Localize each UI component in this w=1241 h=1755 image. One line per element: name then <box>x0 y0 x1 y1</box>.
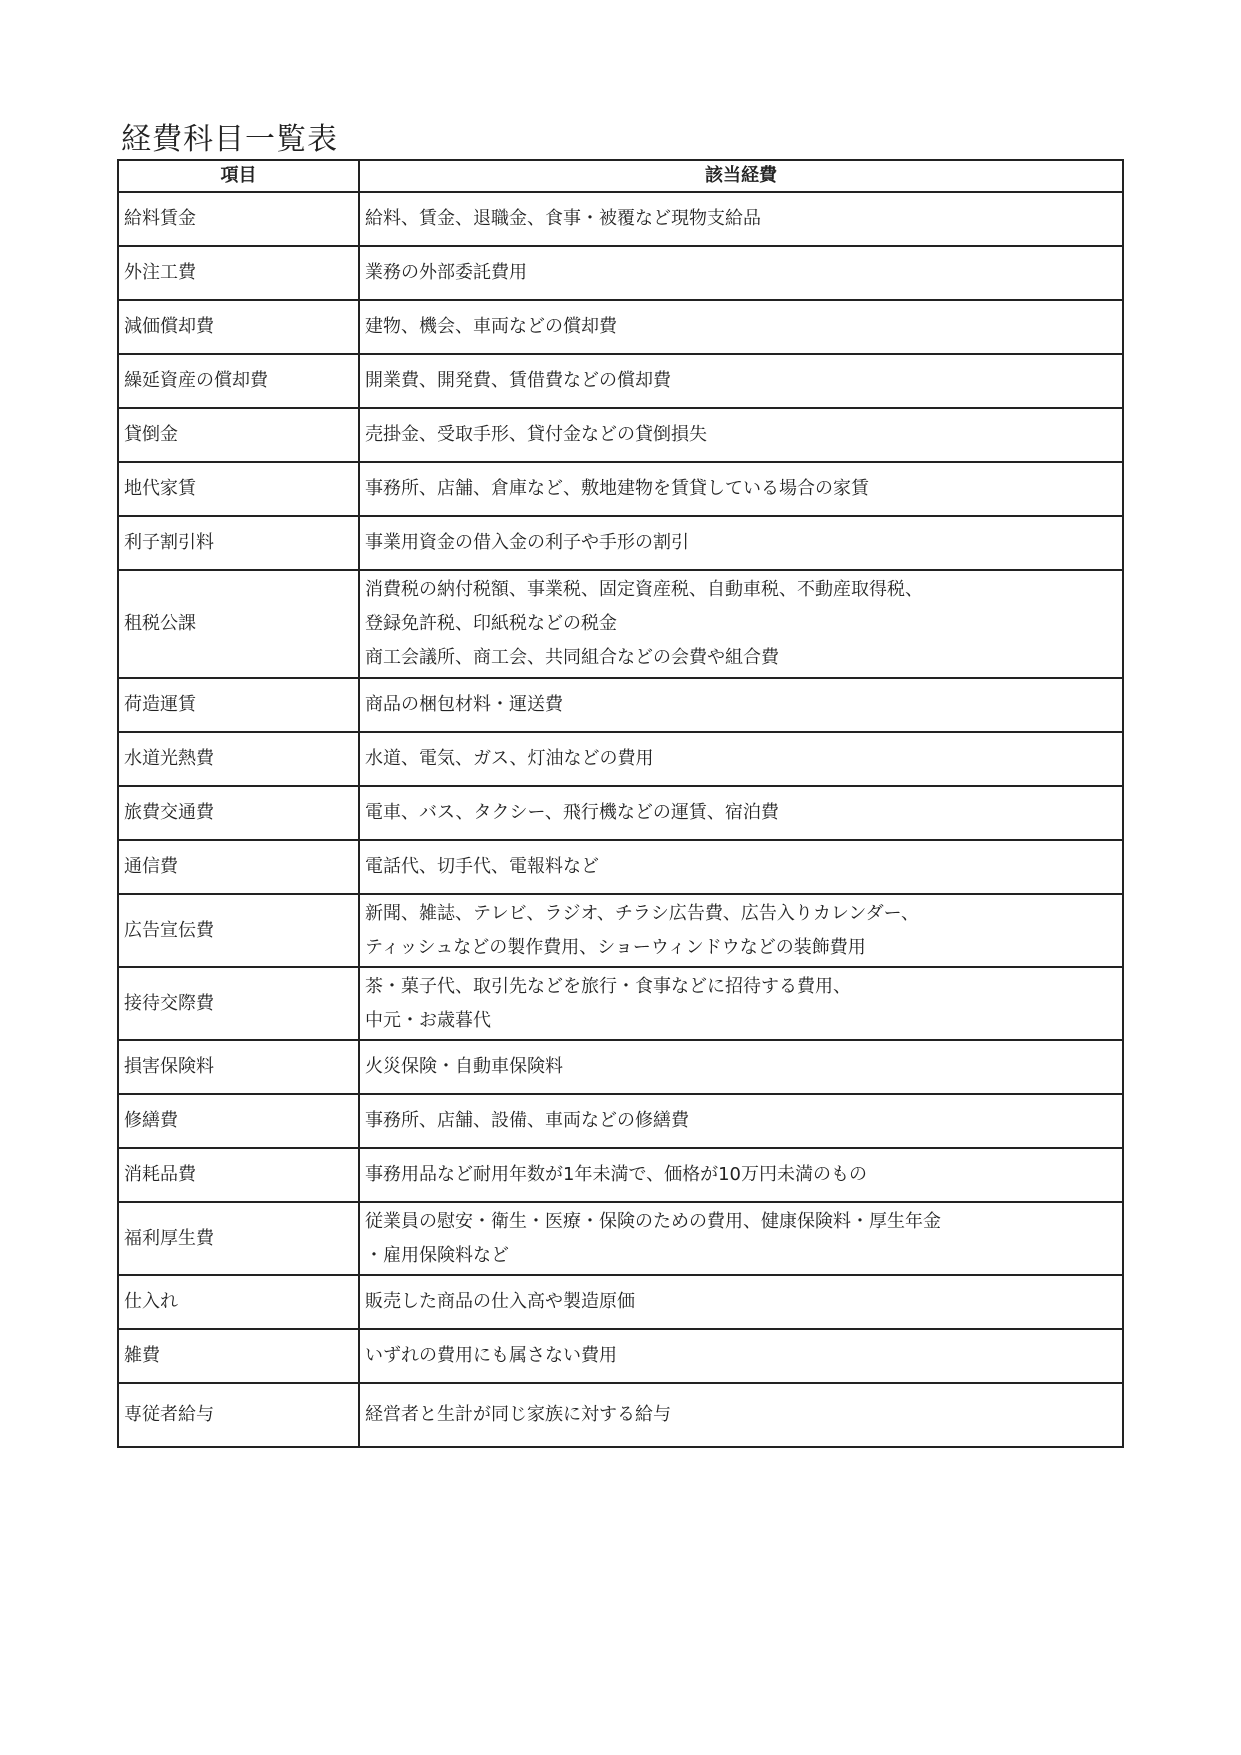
table-row: 損害保険料火災保険・自動車保険料 <box>118 1040 1123 1094</box>
description-line: 販売した商品の仕入高や製造原価 <box>365 1285 1117 1319</box>
table-header-row: 項目 該当経費 <box>118 160 1123 192</box>
table-row: 福利厚生費従業員の慰安・衛生・医療・保険のための費用、健康保険料・厚生年金・雇用… <box>118 1202 1123 1275</box>
description-line: 事務所、店舗、倉庫など、敷地建物を賃貸している場合の家賃 <box>365 472 1117 506</box>
description-line: ・雇用保険料など <box>365 1239 1117 1273</box>
expense-item-cell: 専従者給与 <box>118 1383 359 1447</box>
description-line: 新聞、雑誌、テレビ、ラジオ、チラシ広告費、広告入りカレンダー、 <box>365 897 1117 931</box>
description-line: 火災保険・自動車保険料 <box>365 1050 1117 1084</box>
table-row: 貸倒金売掛金、受取手形、貸付金などの貸倒損失 <box>118 408 1123 462</box>
expense-description-cell: 火災保険・自動車保険料 <box>359 1040 1123 1094</box>
table-body: 給料賃金給料、賃金、退職金、食事・被覆など現物支給品外注工費業務の外部委託費用減… <box>118 192 1123 1447</box>
expense-item-cell: 外注工費 <box>118 246 359 300</box>
description-line: 茶・菓子代、取引先などを旅行・食事などに招待する費用、 <box>365 970 1117 1004</box>
description-line: 商品の梱包材料・運送費 <box>365 688 1117 722</box>
expense-description-cell: いずれの費用にも属さない費用 <box>359 1329 1123 1383</box>
expense-description-cell: 業務の外部委託費用 <box>359 246 1123 300</box>
expense-item-cell: 広告宣伝費 <box>118 894 359 967</box>
description-line: 建物、機会、車両などの償却費 <box>365 310 1117 344</box>
expense-item-cell: 仕入れ <box>118 1275 359 1329</box>
expense-description-cell: 事務所、店舗、倉庫など、敷地建物を賃貸している場合の家賃 <box>359 462 1123 516</box>
description-line: 登録免許税、印紙税などの税金 <box>365 607 1117 641</box>
table-row: 消耗品費事務用品など耐用年数が1年未満で、価格が10万円未満のもの <box>118 1148 1123 1202</box>
description-line: 業務の外部委託費用 <box>365 256 1117 290</box>
expense-item-cell: 水道光熱費 <box>118 732 359 786</box>
description-line: ティッシュなどの製作費用、ショーウィンドウなどの装飾費用 <box>365 931 1117 965</box>
expense-description-cell: 売掛金、受取手形、貸付金などの貸倒損失 <box>359 408 1123 462</box>
expense-description-cell: 開業費、開発費、賃借費などの償却費 <box>359 354 1123 408</box>
expense-item-cell: 地代家賃 <box>118 462 359 516</box>
table-row: 通信費電話代、切手代、電報料など <box>118 840 1123 894</box>
expense-description-cell: 経営者と生計が同じ家族に対する給与 <box>359 1383 1123 1447</box>
expense-item-cell: 接待交際費 <box>118 967 359 1040</box>
description-line: 従業員の慰安・衛生・医療・保険のための費用、健康保険料・厚生年金 <box>365 1205 1117 1239</box>
expense-item-cell: 繰延資産の償却費 <box>118 354 359 408</box>
table-row: 外注工費業務の外部委託費用 <box>118 246 1123 300</box>
expense-item-cell: 損害保険料 <box>118 1040 359 1094</box>
expense-category-table: 項目 該当経費 給料賃金給料、賃金、退職金、食事・被覆など現物支給品外注工費業務… <box>117 159 1124 1448</box>
expense-item-cell: 修繕費 <box>118 1094 359 1148</box>
expense-description-cell: 茶・菓子代、取引先などを旅行・食事などに招待する費用、中元・お歳暮代 <box>359 967 1123 1040</box>
description-line: 給料、賃金、退職金、食事・被覆など現物支給品 <box>365 202 1117 236</box>
table-row: 地代家賃事務所、店舗、倉庫など、敷地建物を賃貸している場合の家賃 <box>118 462 1123 516</box>
table-row: 給料賃金給料、賃金、退職金、食事・被覆など現物支給品 <box>118 192 1123 246</box>
description-line: 水道、電気、ガス、灯油などの費用 <box>365 742 1117 776</box>
table-row: 広告宣伝費新聞、雑誌、テレビ、ラジオ、チラシ広告費、広告入りカレンダー、ティッシ… <box>118 894 1123 967</box>
expense-item-cell: 通信費 <box>118 840 359 894</box>
expense-description-cell: 販売した商品の仕入高や製造原価 <box>359 1275 1123 1329</box>
expense-item-cell: 消耗品費 <box>118 1148 359 1202</box>
description-line: 事務用品など耐用年数が1年未満で、価格が10万円未満のもの <box>365 1158 1117 1192</box>
column-header-item: 項目 <box>118 160 359 192</box>
expense-item-cell: 利子割引料 <box>118 516 359 570</box>
expense-description-cell: 電車、バス、タクシー、飛行機などの運賃、宿泊費 <box>359 786 1123 840</box>
expense-item-cell: 貸倒金 <box>118 408 359 462</box>
expense-item-cell: 福利厚生費 <box>118 1202 359 1275</box>
description-line: 開業費、開発費、賃借費などの償却費 <box>365 364 1117 398</box>
expense-item-cell: 給料賃金 <box>118 192 359 246</box>
expense-item-cell: 雑費 <box>118 1329 359 1383</box>
table-row: 租税公課消費税の納付税額、事業税、固定資産税、自動車税、不動産取得税、登録免許税… <box>118 570 1123 678</box>
description-line: 売掛金、受取手形、貸付金などの貸倒損失 <box>365 418 1117 452</box>
table-row: 繰延資産の償却費開業費、開発費、賃借費などの償却費 <box>118 354 1123 408</box>
table-row: 雑費いずれの費用にも属さない費用 <box>118 1329 1123 1383</box>
expense-description-cell: 電話代、切手代、電報料など <box>359 840 1123 894</box>
expense-description-cell: 事業用資金の借入金の利子や手形の割引 <box>359 516 1123 570</box>
expense-description-cell: 建物、機会、車両などの償却費 <box>359 300 1123 354</box>
expense-description-cell: 事務所、店舗、設備、車両などの修繕費 <box>359 1094 1123 1148</box>
table-row: 水道光熱費水道、電気、ガス、灯油などの費用 <box>118 732 1123 786</box>
description-line: いずれの費用にも属さない費用 <box>365 1339 1117 1373</box>
table-row: 専従者給与経営者と生計が同じ家族に対する給与 <box>118 1383 1123 1447</box>
expense-description-cell: 商品の梱包材料・運送費 <box>359 678 1123 732</box>
table-row: 接待交際費茶・菓子代、取引先などを旅行・食事などに招待する費用、中元・お歳暮代 <box>118 967 1123 1040</box>
table-row: 利子割引料事業用資金の借入金の利子や手形の割引 <box>118 516 1123 570</box>
column-header-expenses: 該当経費 <box>359 160 1123 192</box>
expense-item-cell: 減価償却費 <box>118 300 359 354</box>
expense-description-cell: 従業員の慰安・衛生・医療・保険のための費用、健康保険料・厚生年金・雇用保険料など <box>359 1202 1123 1275</box>
expense-description-cell: 水道、電気、ガス、灯油などの費用 <box>359 732 1123 786</box>
table-row: 減価償却費建物、機会、車両などの償却費 <box>118 300 1123 354</box>
expense-item-cell: 旅費交通費 <box>118 786 359 840</box>
table-row: 旅費交通費電車、バス、タクシー、飛行機などの運賃、宿泊費 <box>118 786 1123 840</box>
expense-description-cell: 新聞、雑誌、テレビ、ラジオ、チラシ広告費、広告入りカレンダー、ティッシュなどの製… <box>359 894 1123 967</box>
description-line: 電車、バス、タクシー、飛行機などの運賃、宿泊費 <box>365 796 1117 830</box>
expense-description-cell: 給料、賃金、退職金、食事・被覆など現物支給品 <box>359 192 1123 246</box>
description-line: 商工会議所、商工会、共同組合などの会費や組合費 <box>365 641 1117 675</box>
description-line: 事業用資金の借入金の利子や手形の割引 <box>365 526 1117 560</box>
expense-description-cell: 事務用品など耐用年数が1年未満で、価格が10万円未満のもの <box>359 1148 1123 1202</box>
expense-item-cell: 租税公課 <box>118 570 359 678</box>
description-line: 中元・お歳暮代 <box>365 1004 1117 1038</box>
expense-item-cell: 荷造運賃 <box>118 678 359 732</box>
description-line: 事務所、店舗、設備、車両などの修繕費 <box>365 1104 1117 1138</box>
description-line: 経営者と生計が同じ家族に対する給与 <box>365 1398 1117 1432</box>
expense-description-cell: 消費税の納付税額、事業税、固定資産税、自動車税、不動産取得税、登録免許税、印紙税… <box>359 570 1123 678</box>
document-title: 経費科目一覧表 <box>121 114 338 158</box>
description-line: 電話代、切手代、電報料など <box>365 850 1117 884</box>
table-row: 修繕費事務所、店舗、設備、車両などの修繕費 <box>118 1094 1123 1148</box>
table-row: 荷造運賃商品の梱包材料・運送費 <box>118 678 1123 732</box>
description-line: 消費税の納付税額、事業税、固定資産税、自動車税、不動産取得税、 <box>365 573 1117 607</box>
table-row: 仕入れ販売した商品の仕入高や製造原価 <box>118 1275 1123 1329</box>
